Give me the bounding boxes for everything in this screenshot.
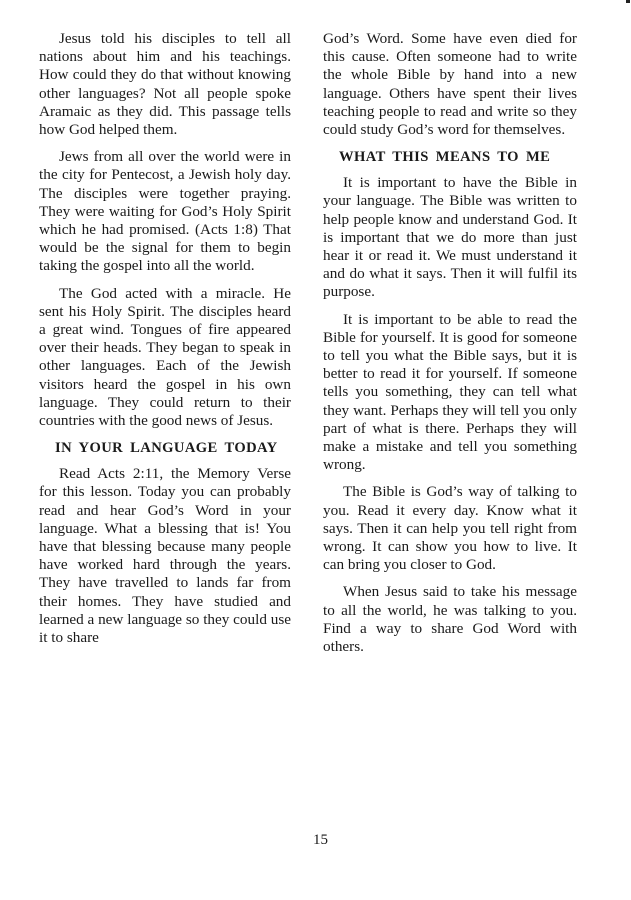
scan-edge-mark: [626, 0, 630, 3]
paragraph-read-acts: Read Acts 2:11, the Memory Verse for thi…: [39, 465, 291, 647]
paragraph-continuation: God’s Word. Some have even died for this…: [323, 30, 577, 139]
section-heading-in-your-language-today: IN YOUR LANGUAGE TODAY: [39, 439, 291, 457]
paragraph-pentecost: Jews from all over the world were in the…: [39, 148, 291, 275]
paragraph-intro: Jesus told his disciples to tell all nat…: [39, 30, 291, 139]
right-column: God’s Word. Some have even died for this…: [323, 30, 577, 665]
paragraph-gods-way: The Bible is God’s way of talking to you…: [323, 483, 577, 574]
page-number: 15: [0, 832, 631, 849]
paragraph-share-word: When Jesus said to take his message to a…: [323, 583, 577, 656]
section-heading-what-this-means-to-me: WHAT THIS MEANS TO ME: [323, 148, 577, 166]
left-column: Jesus told his disciples to tell all nat…: [39, 30, 291, 656]
paragraph-important-language: It is important to have the Bible in you…: [323, 174, 577, 301]
paragraph-miracle: The God acted with a miracle. He sent hi…: [39, 285, 291, 431]
paragraph-read-yourself: It is important to be able to read the B…: [323, 311, 577, 475]
